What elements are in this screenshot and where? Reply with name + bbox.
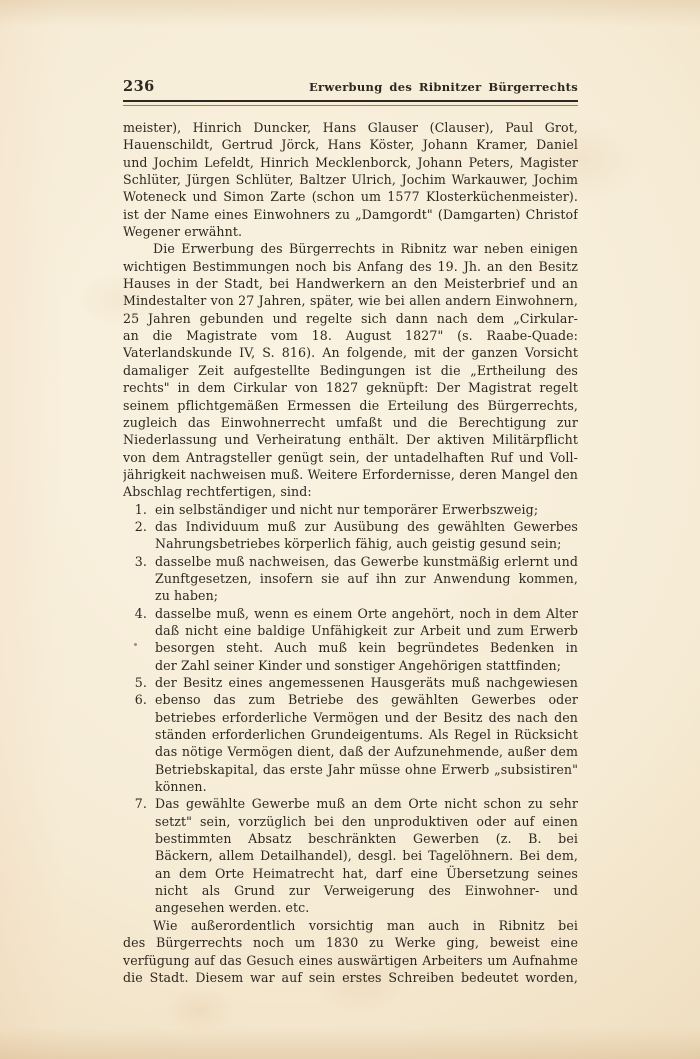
- text-line: Bäckern, allem Detailhandel), desgl. bei…: [155, 847, 578, 864]
- text-line: dasselbe muß nachweisen, das Gewerbe kun…: [155, 553, 578, 570]
- page-header: 236 Erwerbung des Ribnitzer Bürgerrechts: [123, 78, 578, 95]
- text-line: Niederlassung und Verheiratung enthält. …: [123, 431, 578, 448]
- item-text: ein selbständiger und nicht nur temporär…: [155, 501, 578, 518]
- list-item-4: 4. dasselbe muß, wenn es einem Orte ange…: [123, 605, 578, 674]
- header-rule: [123, 100, 578, 106]
- ink-speck: [134, 643, 137, 646]
- item-text: ebenso das zum Betriebe des gewählten Ge…: [155, 691, 578, 795]
- text-line: Hauenschildt, Gertrud Jörck, Hans Köster…: [123, 136, 578, 153]
- page-body: meister), Hinrich Duncker, Hans Glauser …: [123, 119, 578, 986]
- text-line: setzt" sein, vorzüglich bei den unproduk…: [155, 813, 578, 830]
- text-line: Mindestalter von 27 Jahren, später, wie …: [123, 292, 578, 309]
- text-line: ebenso das zum Betriebe des gewählten Ge…: [155, 691, 578, 708]
- text-line: ein selbständiger und nicht nur temporär…: [155, 501, 578, 518]
- paragraph-names-continued: meister), Hinrich Duncker, Hans Glauser …: [123, 119, 578, 240]
- text-line: können.: [155, 778, 578, 795]
- text-line: an dem Orte Heimatrecht hat, darf eine Ü…: [155, 865, 578, 882]
- text-line: meister), Hinrich Duncker, Hans Glauser …: [123, 119, 578, 136]
- text-line: ständen erforderlichen Grundeigentums. A…: [155, 726, 578, 743]
- conditions-list: 1. ein selbständiger und nicht nur tempo…: [123, 501, 578, 917]
- text-line: Wegener erwähnt.: [123, 223, 578, 240]
- text-line: angesehen werden. etc.: [155, 899, 578, 916]
- text-line: betriebes erforderliche Vermögen und der…: [155, 709, 578, 726]
- paragraph-buergerrecht: Die Erwerbung des Bürgerrechts in Ribnit…: [123, 240, 578, 500]
- text-line: von dem Antragsteller genügt sein, der u…: [123, 449, 578, 466]
- text-line: an die Magistrate vom 18. August 1827" (…: [123, 327, 578, 344]
- text-line: des Bürgerrechts noch um 1830 zu Werke g…: [123, 934, 578, 951]
- text-line: der Zahl seiner Kinder und sonstiger Ang…: [155, 657, 578, 674]
- list-item-5: 5. der Besitz eines angemessenen Hausger…: [123, 674, 578, 691]
- text-line: Vaterlandskunde IV, S. 816). An folgende…: [123, 344, 578, 361]
- item-number: 5.: [123, 674, 147, 691]
- text-line: Betriebskapital, das erste Jahr müsse oh…: [155, 761, 578, 778]
- text-line: daß nicht eine baldige Unfähigkeit zur A…: [155, 622, 578, 639]
- text-line: das nötige Vermögen dient, daß der Aufzu…: [155, 743, 578, 760]
- text-line: Zunftgesetzen, insofern sie auf ihn zur …: [155, 570, 578, 587]
- text-line: Abschlag rechtfertigen, sind:: [123, 483, 578, 500]
- text-line: Schlüter, Jürgen Schlüter, Baltzer Ulric…: [123, 171, 578, 188]
- text-line: besorgen steht. Auch muß kein begründete…: [155, 639, 578, 656]
- text-line: zu haben;: [155, 587, 578, 604]
- text-line: jährigkeit nachweisen muß. Weitere Erfor…: [123, 466, 578, 483]
- text-line: seinem pflichtgemäßen Ermessen die Ertei…: [123, 397, 578, 414]
- item-text: dasselbe muß nachweisen, das Gewerbe kun…: [155, 553, 578, 605]
- text-line: verfügung auf das Gesuch eines auswärtig…: [123, 952, 578, 969]
- list-item-7: 7. Das gewählte Gewerbe muß an dem Orte …: [123, 795, 578, 916]
- text-line: die Stadt. Diesem war auf sein erstes Sc…: [123, 969, 578, 986]
- text-line: rechts" in dem Cirkular von 1827 geknüpf…: [123, 379, 578, 396]
- text-line: Das gewählte Gewerbe muß an dem Orte nic…: [155, 795, 578, 812]
- item-text: Das gewählte Gewerbe muß an dem Orte nic…: [155, 795, 578, 916]
- item-number: 4.: [123, 605, 147, 622]
- list-item-6: 6. ebenso das zum Betriebe des gewählten…: [123, 691, 578, 795]
- list-item-1: 1. ein selbständiger und nicht nur tempo…: [123, 501, 578, 518]
- paragraph-closing: Wie außerordentlich vorsichtig man auch …: [123, 917, 578, 986]
- text-line: Wie außerordentlich vorsichtig man auch …: [123, 917, 578, 934]
- text-line: Die Erwerbung des Bürgerrechts in Ribnit…: [123, 240, 578, 257]
- running-title: Erwerbung des Ribnitzer Bürgerrechts: [309, 80, 578, 94]
- text-line: dasselbe muß, wenn es einem Orte angehör…: [155, 605, 578, 622]
- item-text: dasselbe muß, wenn es einem Orte angehör…: [155, 605, 578, 674]
- book-page: 236 Erwerbung des Ribnitzer Bürgerrechts…: [0, 0, 700, 1059]
- item-number: 6.: [123, 691, 147, 708]
- text-line: nicht als Grund zur Verweigerung des Ein…: [155, 882, 578, 899]
- item-text: das Individuum muß zur Ausübung des gewä…: [155, 518, 578, 553]
- item-number: 2.: [123, 518, 147, 535]
- text-line: damaliger Zeit aufgestellte Bedingungen …: [123, 362, 578, 379]
- list-item-2: 2. das Individuum muß zur Ausübung des g…: [123, 518, 578, 553]
- text-line: ist der Name eines Einwohners zu „Damgor…: [123, 206, 578, 223]
- item-number: 1.: [123, 501, 147, 518]
- text-line: 25 Jahren gebunden und regelte sich dann…: [123, 310, 578, 327]
- text-line: wichtigen Bestimmungen noch bis Anfang d…: [123, 258, 578, 275]
- text-line: das Individuum muß zur Ausübung des gewä…: [155, 518, 578, 535]
- page-number: 236: [123, 78, 155, 95]
- text-line: und Jochim Lefeldt, Hinrich Mecklenborck…: [123, 154, 578, 171]
- text-line: Woteneck und Simon Zarte (schon um 1577 …: [123, 188, 578, 205]
- item-number: 7.: [123, 795, 147, 812]
- text-line: der Besitz eines angemessenen Hausgeräts…: [155, 674, 578, 691]
- list-item-3: 3. dasselbe muß nachweisen, das Gewerbe …: [123, 553, 578, 605]
- text-line: zugleich das Einwohnerrecht umfaßt und d…: [123, 414, 578, 431]
- text-line: Hauses in der Stadt, bei Handwerkern an …: [123, 275, 578, 292]
- text-line: Nahrungsbetriebes körperlich fähig, auch…: [155, 535, 578, 552]
- text-line: bestimmten Absatz beschränkten Gewerben …: [155, 830, 578, 847]
- item-text: der Besitz eines angemessenen Hausgeräts…: [155, 674, 578, 691]
- item-number: 3.: [123, 553, 147, 570]
